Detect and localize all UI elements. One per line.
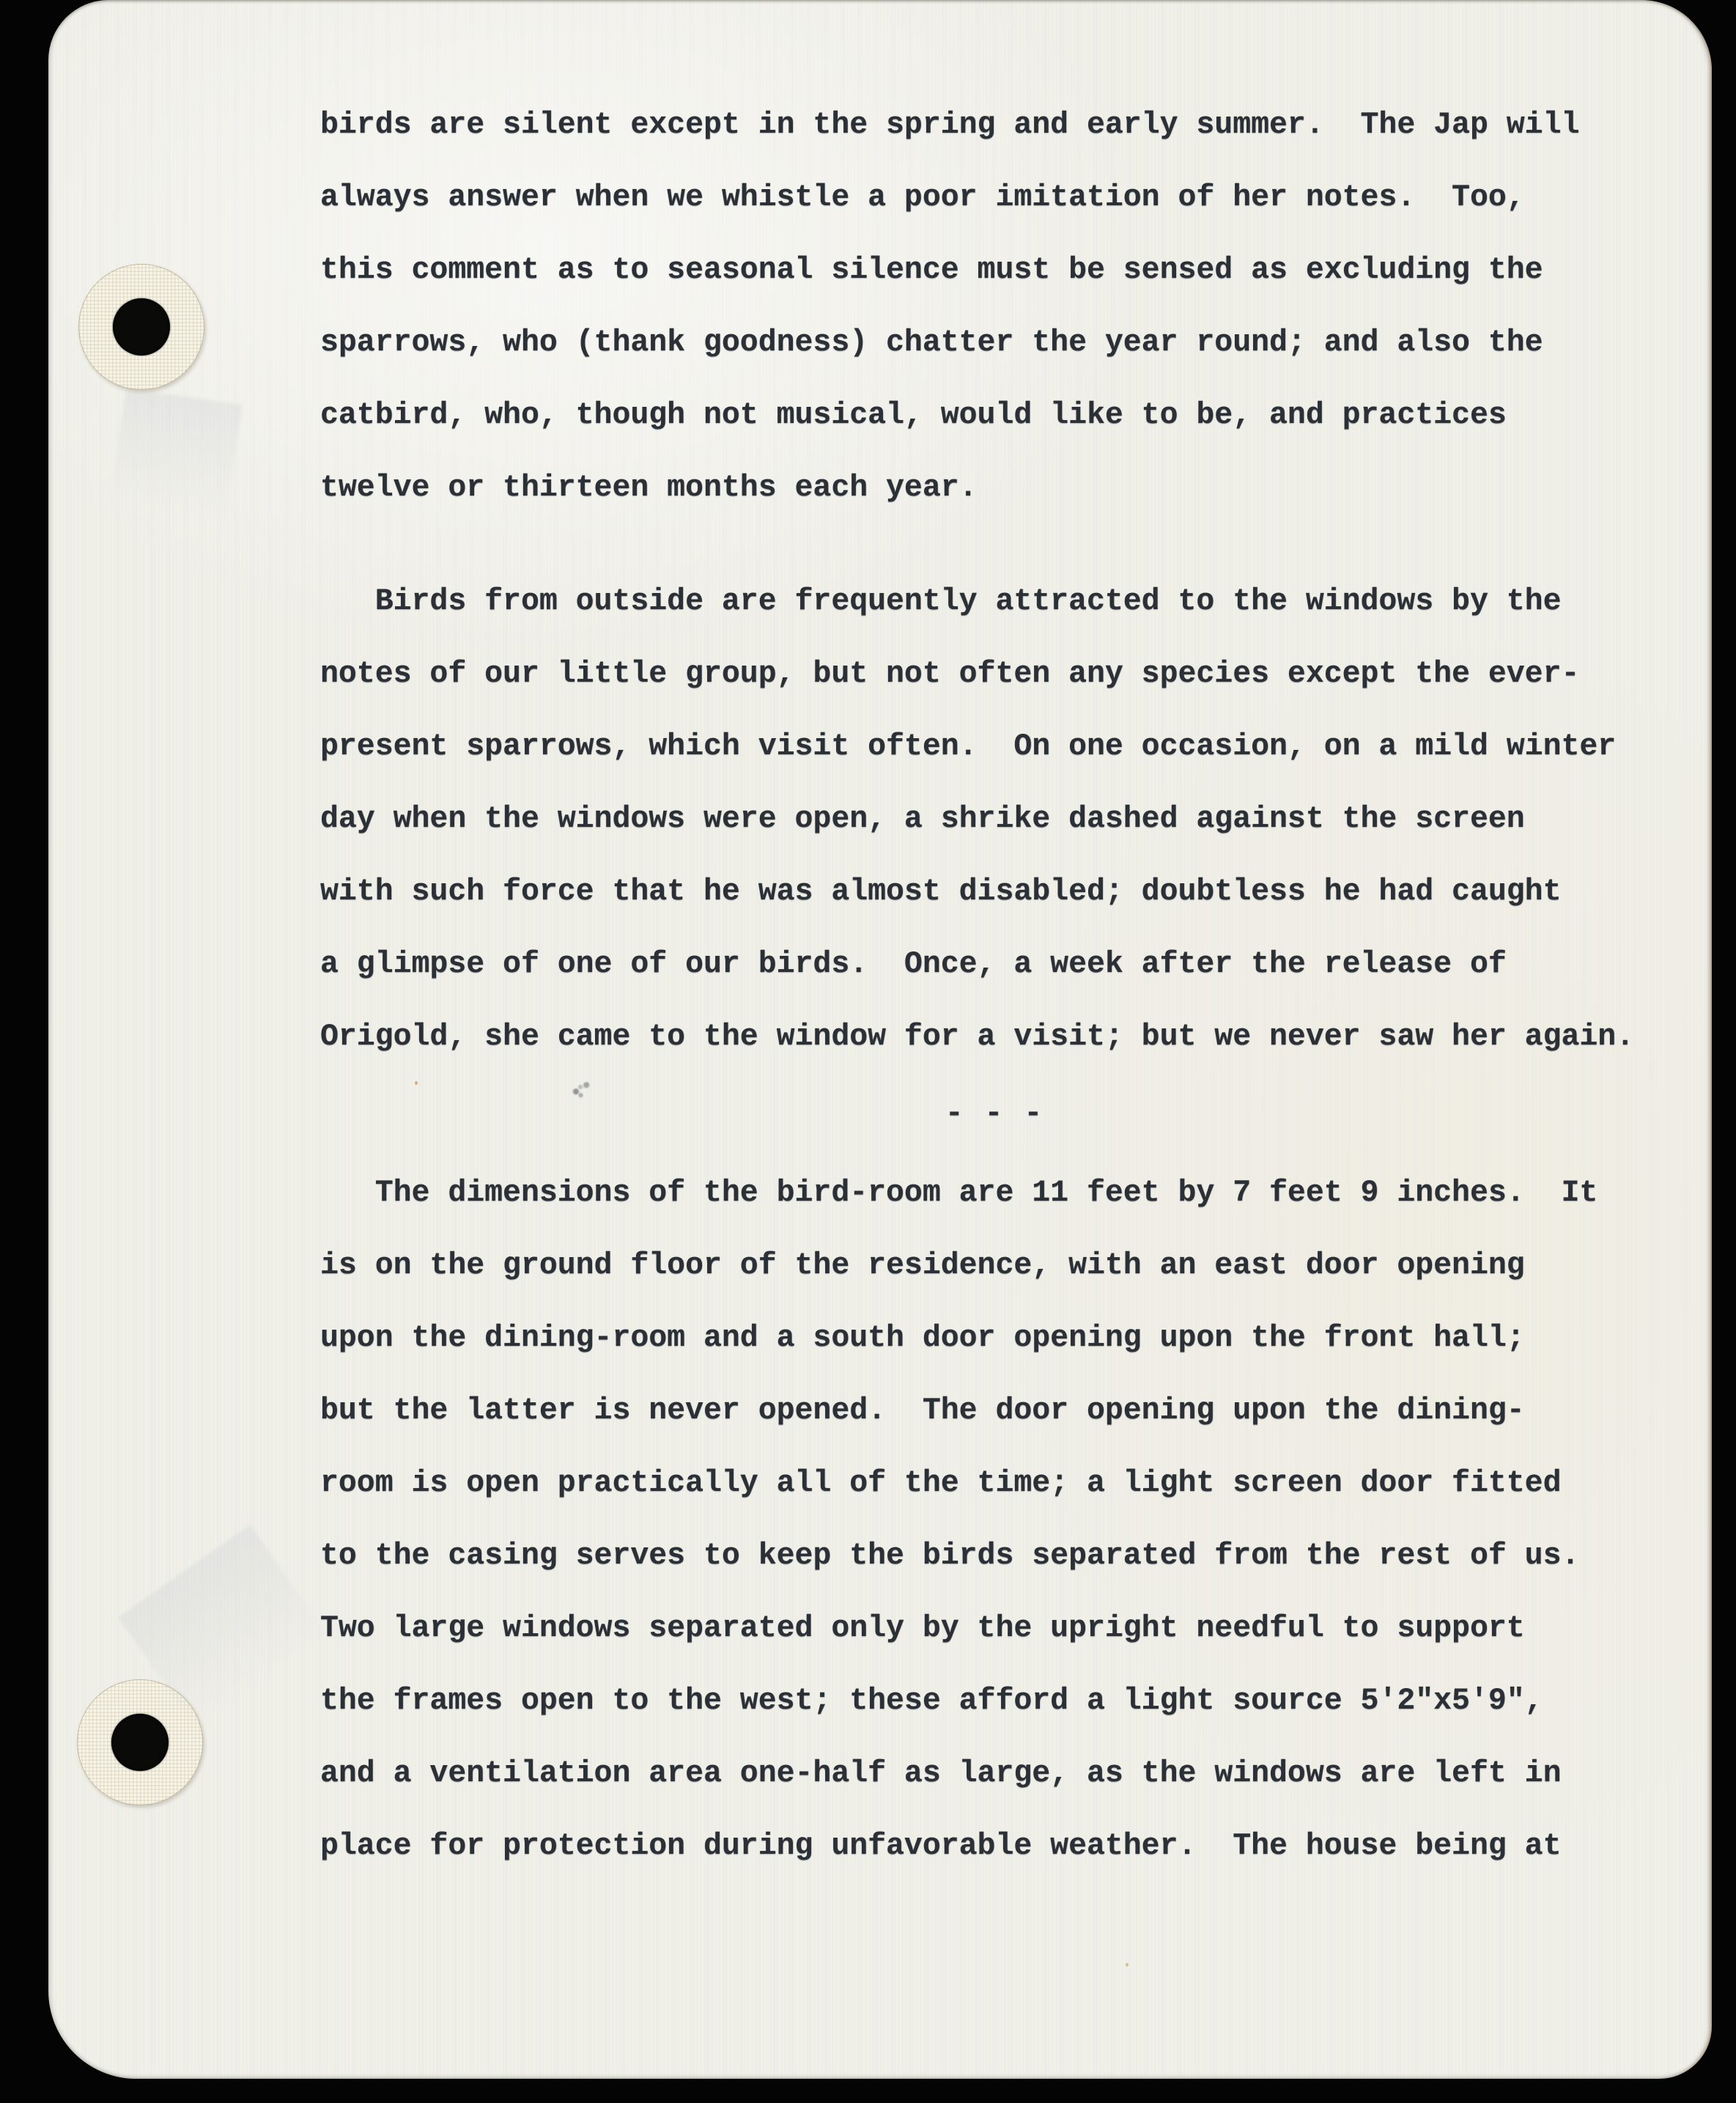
punched-hole-bottom — [111, 1714, 169, 1771]
typed-line: always answer when we whistle a poor imi… — [320, 161, 1669, 234]
typed-line: and a ventilation area one-half as large… — [320, 1737, 1669, 1810]
typed-line: sparrows, who (thank goodness) chatter t… — [320, 306, 1669, 379]
typed-line: present sparrows, which visit often. On … — [320, 710, 1669, 783]
typed-line: is on the ground floor of the residence,… — [320, 1229, 1669, 1302]
hole-punch-bottom — [77, 1679, 203, 1805]
typed-line: notes of our little group, but not often… — [320, 638, 1669, 710]
paper-crease — [103, 388, 242, 564]
typed-line: catbird, who, though not musical, would … — [320, 379, 1669, 452]
paragraph-1: birds are silent except in the spring an… — [320, 89, 1669, 524]
typed-line: Origold, she came to the window for a vi… — [320, 1001, 1669, 1073]
typed-line: a glimpse of one of our birds. Once, a w… — [320, 928, 1669, 1001]
separator-dashes: - - - — [320, 1078, 1669, 1150]
typed-line: upon the dining-room and a south door op… — [320, 1302, 1669, 1374]
typed-line: to the casing serves to keep the birds s… — [320, 1520, 1669, 1592]
typed-line: place for protection during unfavorable … — [320, 1810, 1669, 1882]
punched-hole-top — [113, 298, 170, 356]
paragraph-3: The dimensions of the bird-room are 11 f… — [320, 1157, 1669, 1882]
paper-speck — [1126, 1963, 1129, 1967]
typed-line: The dimensions of the bird-room are 11 f… — [320, 1157, 1669, 1229]
paper-sheet: birds are silent except in the spring an… — [48, 0, 1712, 2079]
section-separator: - - - — [320, 1078, 1669, 1150]
typed-line: Two large windows separated only by the … — [320, 1592, 1669, 1665]
hole-punch-top — [78, 264, 204, 390]
typed-line: room is open practically all of the time… — [320, 1447, 1669, 1520]
typed-line: with such force that he was almost disab… — [320, 855, 1669, 928]
typed-line: this comment as to seasonal silence must… — [320, 234, 1669, 306]
typed-line: birds are silent except in the spring an… — [320, 89, 1669, 161]
typed-line: Birds from outside are frequently attrac… — [320, 565, 1669, 638]
typed-line: twelve or thirteen months each year. — [320, 452, 1669, 524]
paragraph-2: Birds from outside are frequently attrac… — [320, 565, 1669, 1073]
typed-line: but the latter is never opened. The door… — [320, 1374, 1669, 1447]
typed-line: the frames open to the west; these affor… — [320, 1665, 1669, 1737]
scan-background: { "colors":{ "background":"#040404", "pa… — [0, 0, 1736, 2103]
typed-line: day when the windows were open, a shrike… — [320, 783, 1669, 855]
